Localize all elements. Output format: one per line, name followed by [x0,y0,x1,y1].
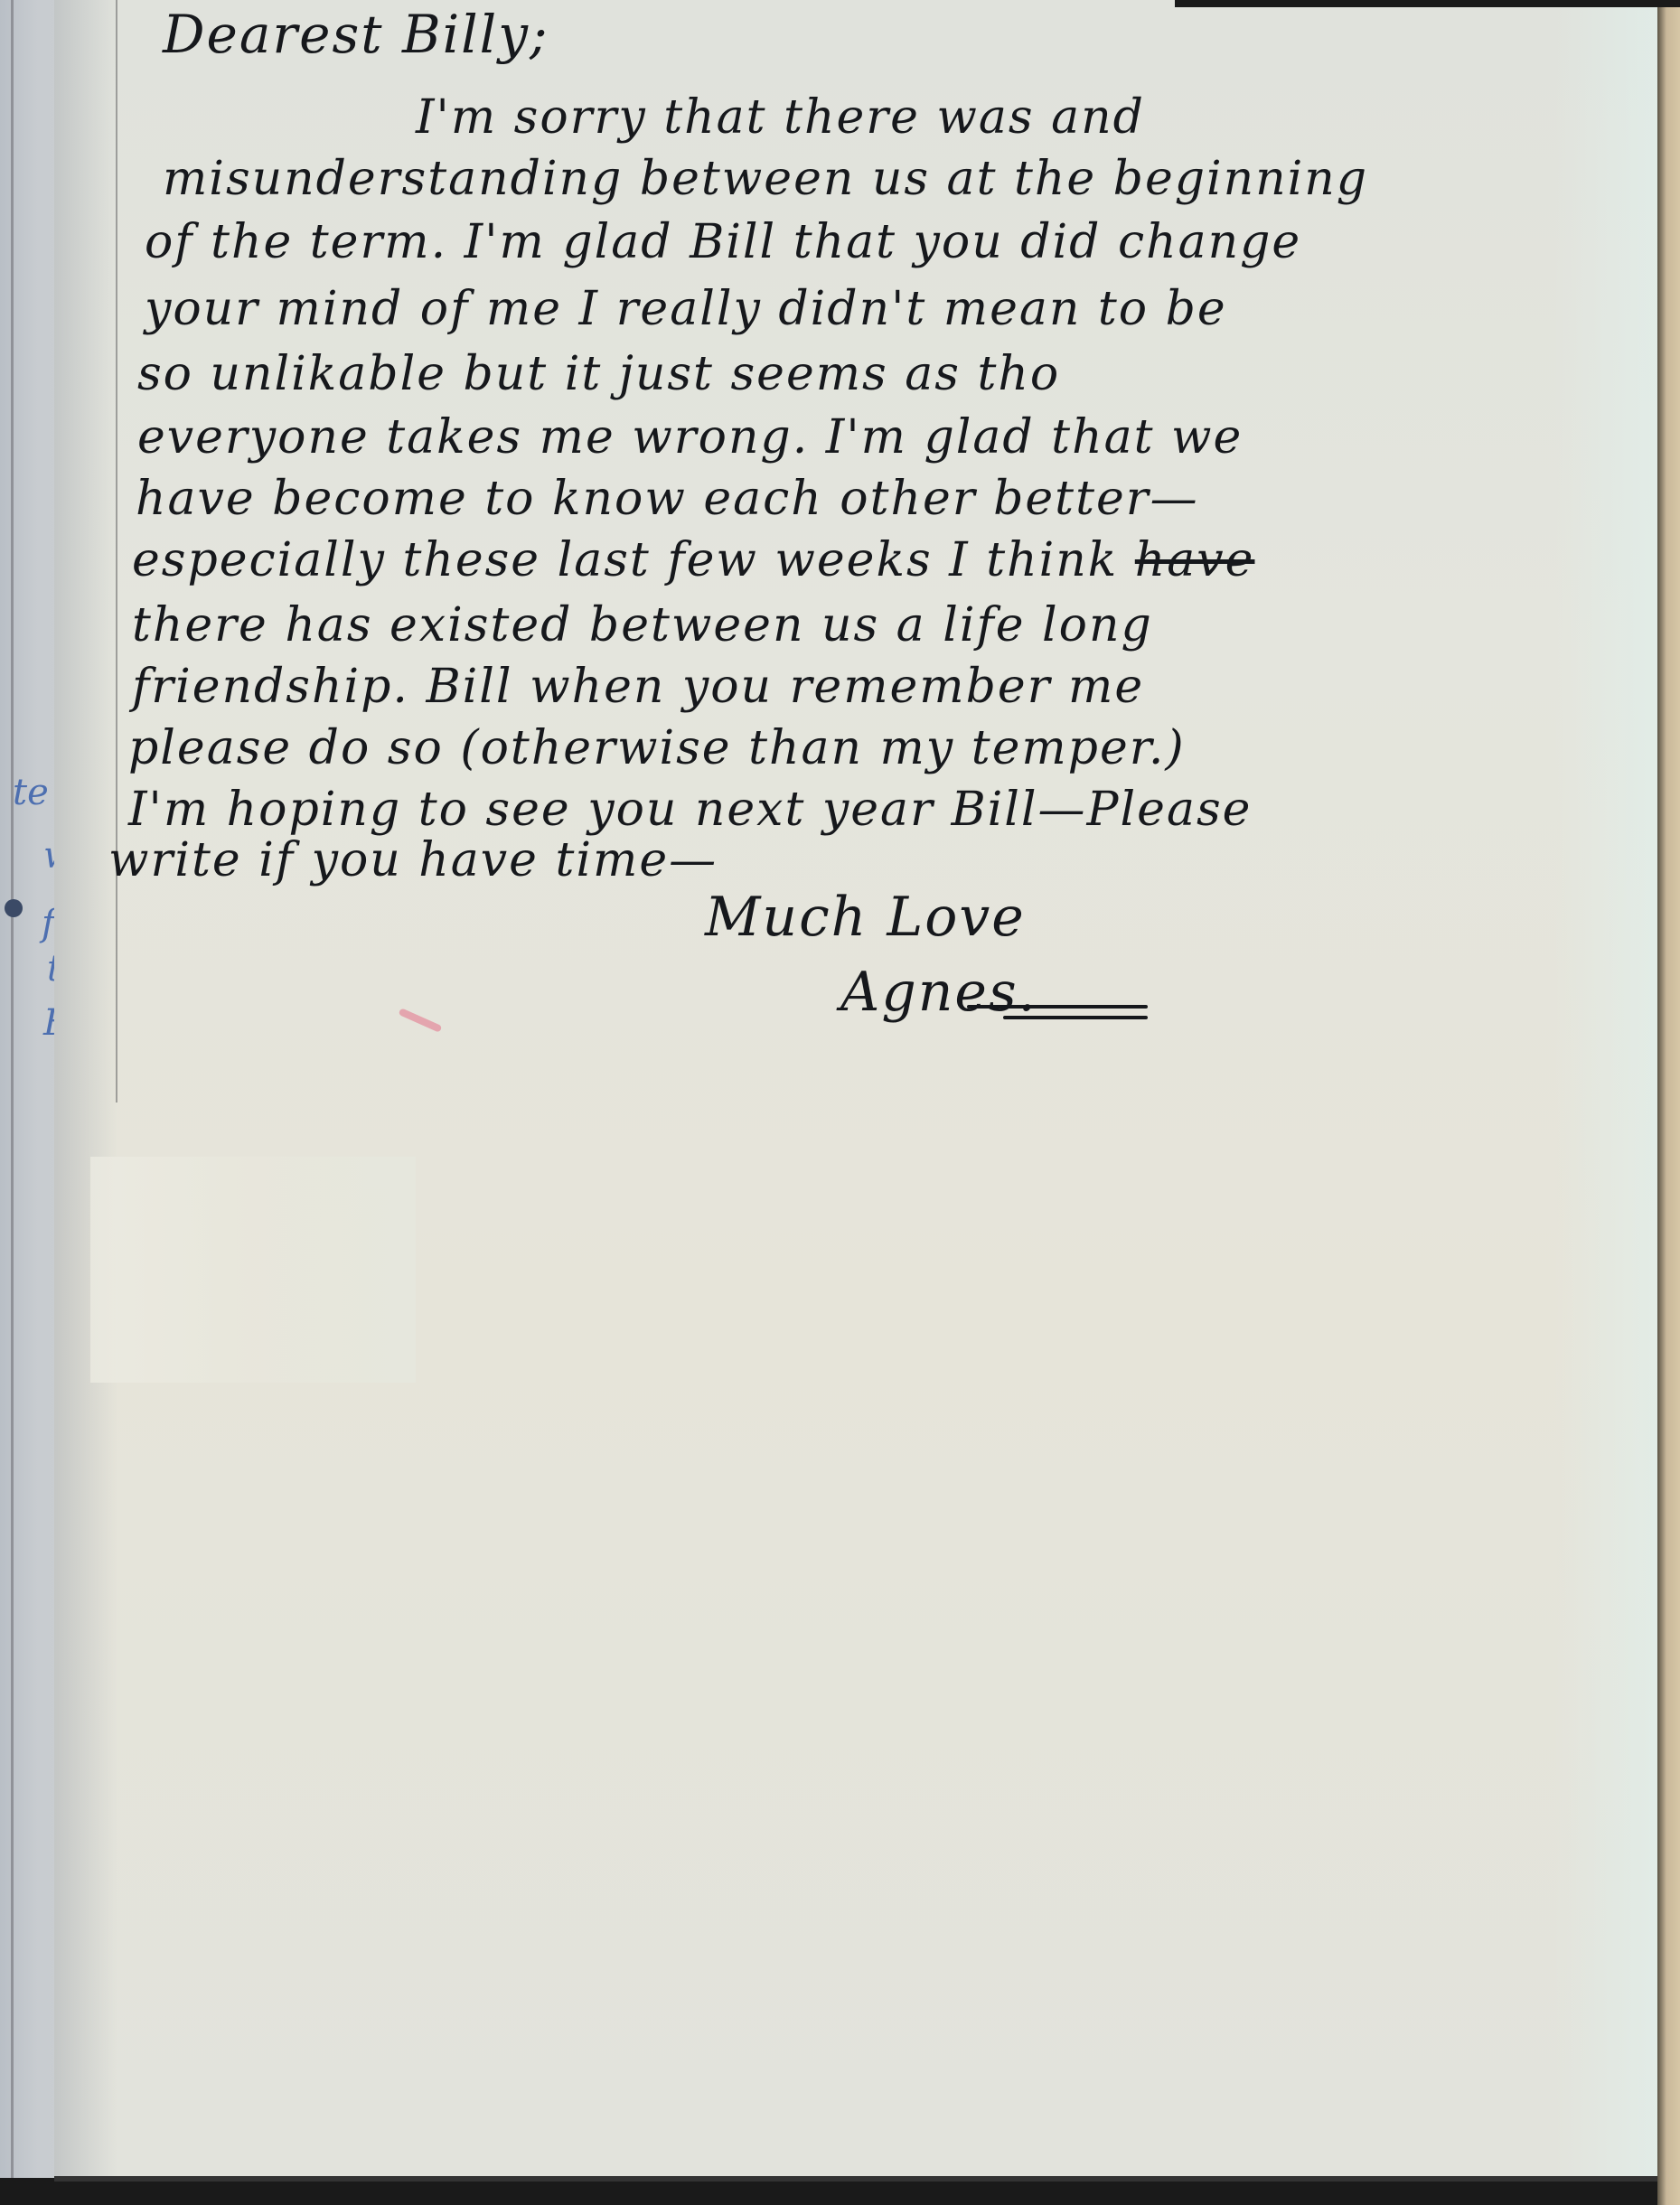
struck-word: have [1135,533,1255,587]
closing: Much Love [705,890,1026,944]
letter-line-7: have become to know each other better— [136,472,1199,526]
letter-line-6: everyone takes me wrong. I'm glad that w… [137,410,1243,464]
letter-line-11: please do so (otherwise than my temper.) [128,721,1186,775]
pink-mark [399,1008,443,1033]
letter-line-1: I'm sorry that there was and [416,90,1145,145]
letter-line-2: misunderstanding between us at the begin… [163,152,1368,206]
margin-fragment: te [13,773,49,812]
signature-underline [1003,1016,1148,1019]
letter-line-13: write if you have time— [108,833,718,887]
paper-patch [90,1157,416,1383]
ink-blot [5,899,23,917]
gutter-shadow [54,0,117,2176]
letter-line-8-text: especially these last few weeks I think [132,533,1118,587]
page-highlight [1554,0,1663,2176]
salutation: Dearest Billy; [163,7,549,61]
letter-line-3: of the term. I'm glad Bill that you did … [145,215,1301,269]
page-edge-rule [11,0,14,2178]
letter-line-9: there has existed between us a life long [132,598,1153,652]
letter-line-12: I'm hoping to see you next year Bill—Ple… [128,783,1252,837]
signature-underline [967,1005,1148,1009]
letter-line-8: especially these last few weeks I think … [132,533,1254,587]
fold-line [116,0,117,1102]
letter-line-5: so unlikable but it just seems as tho [137,347,1060,401]
book-edge [1657,0,1680,2205]
letter-page: Dearest Billy; I'm sorry that there was … [54,0,1666,2182]
margin-fragment: f [42,904,55,943]
signature: Agnes. [840,965,1037,1019]
letter-line-10: friendship. Bill when you remember me [132,660,1144,714]
background-edge [1175,0,1680,7]
letter-line-4: your mind of me I really didn't mean to … [145,282,1227,336]
